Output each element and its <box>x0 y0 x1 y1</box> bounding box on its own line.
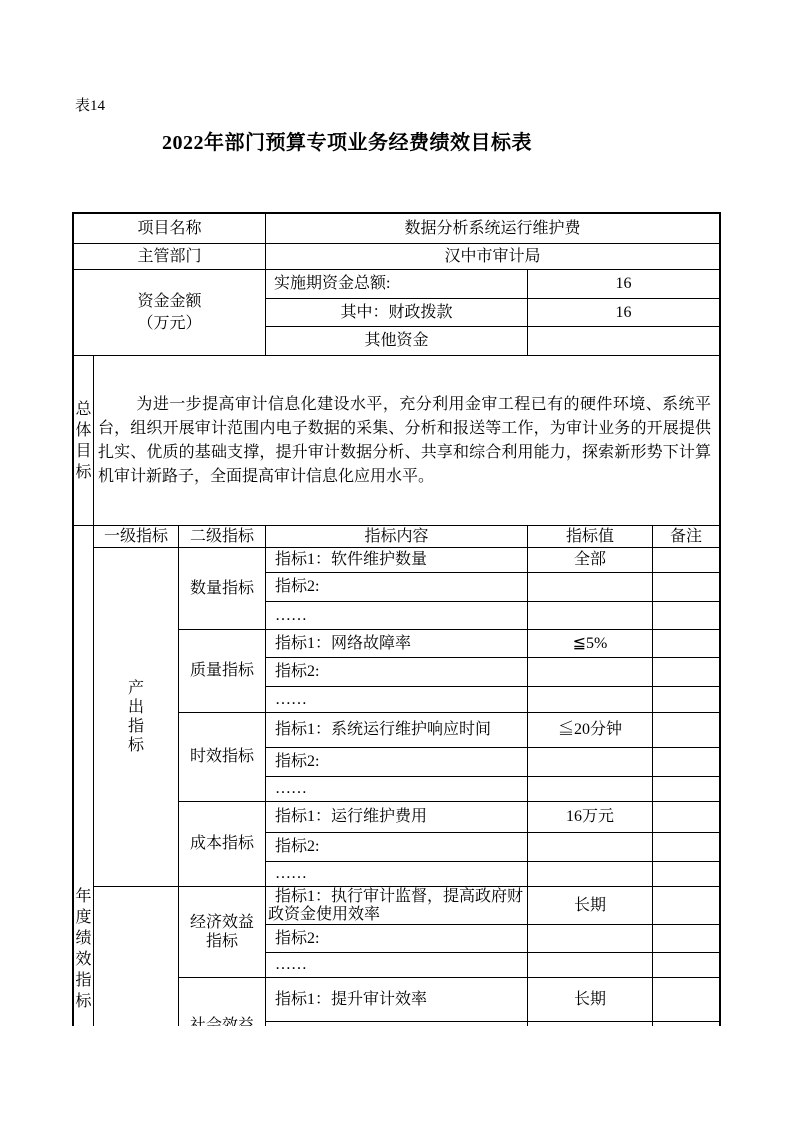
funding-amount-label-line2: （万元） <box>137 313 201 335</box>
funding-amount-label-line1: 资金金额 <box>137 291 201 313</box>
overall-goal-cell: 为进一步提高审计信息化建设水平，充分利用金审工程已有的硬件环境、系统平台，组织开… <box>94 356 719 526</box>
indicator-value-cell: 16万元 <box>528 802 653 833</box>
document-title: 2022年部门预算专项业务经费绩效目标表 <box>73 126 621 155</box>
level2-cost-label: 成本指标 <box>179 802 266 887</box>
funding-other-value <box>528 327 719 356</box>
header-note: 备注 <box>653 526 719 548</box>
indicator-note-cell <box>653 978 719 1022</box>
department-label: 主管部门 <box>74 244 266 270</box>
department-value: 汉中市审计局 <box>266 244 719 270</box>
indicator-content-cell: 指标1：执行审计监督，提高政府财政资金使用效率 <box>266 887 528 925</box>
indicator-note-cell <box>653 573 719 602</box>
level1-output-cell: 产出指标 <box>94 548 179 887</box>
indicator-content-cell: 指标2: <box>266 573 528 602</box>
indicator-note-cell <box>653 925 719 953</box>
indicator-value-cell: 全部 <box>528 548 653 573</box>
indicator-note-cell <box>653 887 719 925</box>
indicator-content-cell: …… <box>266 953 528 978</box>
table-grid: 项目名称 数据分析系统运行维护费 主管部门 汉中市审计局 资金金额 （万元） 实… <box>72 212 721 1026</box>
indicator-value-cell <box>528 1022 653 1026</box>
annual-performance-label: 年度绩效指标 <box>75 886 92 1012</box>
indicator-note-cell <box>653 602 719 630</box>
indicator-note-cell <box>653 862 719 887</box>
indicator-note-cell <box>653 548 719 573</box>
indicator-note-cell <box>653 802 719 833</box>
project-name-value: 数据分析系统运行维护费 <box>266 214 719 244</box>
indicator-note-cell <box>653 953 719 978</box>
project-name-label: 项目名称 <box>74 214 266 244</box>
level2-quantity-label: 数量指标 <box>179 548 266 630</box>
indicator-content-cell: …… <box>266 602 528 630</box>
indicator-value-cell <box>528 862 653 887</box>
funding-fiscal-value: 16 <box>528 299 719 327</box>
overall-goal-text: 为进一步提高审计信息化建设水平，充分利用金审工程已有的硬件环境、系统平台，组织开… <box>94 393 719 489</box>
indicator-content-cell: 指标1：系统运行维护响应时间 <box>266 713 528 748</box>
header-level1: 一级指标 <box>94 526 179 548</box>
funding-total-label: 实施期资金总额: <box>266 270 528 299</box>
level1-benefit-cell <box>94 887 179 1026</box>
level2-social-label-cell: 社会效益指标 <box>179 978 266 1026</box>
document-page: 表14 2022年部门预算专项业务经费绩效目标表 项目名称 数据分析系统运行维护… <box>0 0 793 1122</box>
indicator-content-cell: …… <box>266 862 528 887</box>
indicator-content-cell <box>266 1022 528 1026</box>
indicator-note-cell <box>653 687 719 713</box>
indicator-note-cell <box>653 833 719 862</box>
funding-total-value: 16 <box>528 270 719 299</box>
indicator-content-cell: 指标2: <box>266 833 528 862</box>
indicator-content-cell: 指标1：提升审计效率 <box>266 978 528 1022</box>
indicator-content-cell: …… <box>266 777 528 802</box>
indicator-value-cell <box>528 833 653 862</box>
funding-amount-label: 资金金额 （万元） <box>74 270 266 356</box>
indicator-value-cell <box>528 777 653 802</box>
indicator-note-cell <box>653 1022 719 1026</box>
table-number-tag: 表14 <box>75 94 105 115</box>
indicator-note-cell <box>653 713 719 748</box>
indicator-value-cell <box>528 573 653 602</box>
indicator-value-cell <box>528 687 653 713</box>
header-value: 指标值 <box>528 526 653 548</box>
indicator-value-cell <box>528 953 653 978</box>
indicator-note-cell <box>653 630 719 658</box>
indicator-note-cell <box>653 777 719 802</box>
indicator-value-cell: 长期 <box>528 978 653 1022</box>
header-content: 指标内容 <box>266 526 528 548</box>
indicator-content-cell: 指标2: <box>266 925 528 953</box>
indicator-value-cell: ≦5% <box>528 630 653 658</box>
level2-economic-label: 经济效益指标 <box>179 887 266 978</box>
funding-other-label: 其他资金 <box>266 327 528 356</box>
indicator-value-cell <box>528 602 653 630</box>
annual-performance-label-cell: 年度绩效指标 <box>74 526 94 1026</box>
indicator-value-cell <box>528 748 653 777</box>
indicator-content-cell: 指标2: <box>266 658 528 687</box>
indicator-content-cell: 指标1：软件维护数量 <box>266 548 528 573</box>
indicator-content-cell: 指标1：运行维护费用 <box>266 802 528 833</box>
overall-goal-label-text: 总体目标 <box>75 399 92 483</box>
funding-fiscal-label: 其中：财政拨款 <box>266 299 528 327</box>
indicator-note-cell <box>653 748 719 777</box>
level2-quality-label: 质量指标 <box>179 630 266 713</box>
indicator-value-cell: 长期 <box>528 887 653 925</box>
indicator-note-cell <box>653 658 719 687</box>
indicator-content-cell: 指标2: <box>266 748 528 777</box>
indicator-value-cell: ≦20分钟 <box>528 713 653 748</box>
level2-social-label: 社会效益指标 <box>190 1015 254 1026</box>
indicator-content-cell: 指标1：网络故障率 <box>266 630 528 658</box>
performance-target-table: 项目名称 数据分析系统运行维护费 主管部门 汉中市审计局 资金金额 （万元） 实… <box>72 212 721 1026</box>
indicator-content-cell: …… <box>266 687 528 713</box>
level1-output-label: 产出指标 <box>128 679 145 755</box>
level2-timeliness-label: 时效指标 <box>179 713 266 802</box>
overall-goal-label: 总体目标 <box>74 356 94 526</box>
indicator-value-cell <box>528 925 653 953</box>
indicator-value-cell <box>528 658 653 687</box>
header-level2: 二级指标 <box>179 526 266 548</box>
